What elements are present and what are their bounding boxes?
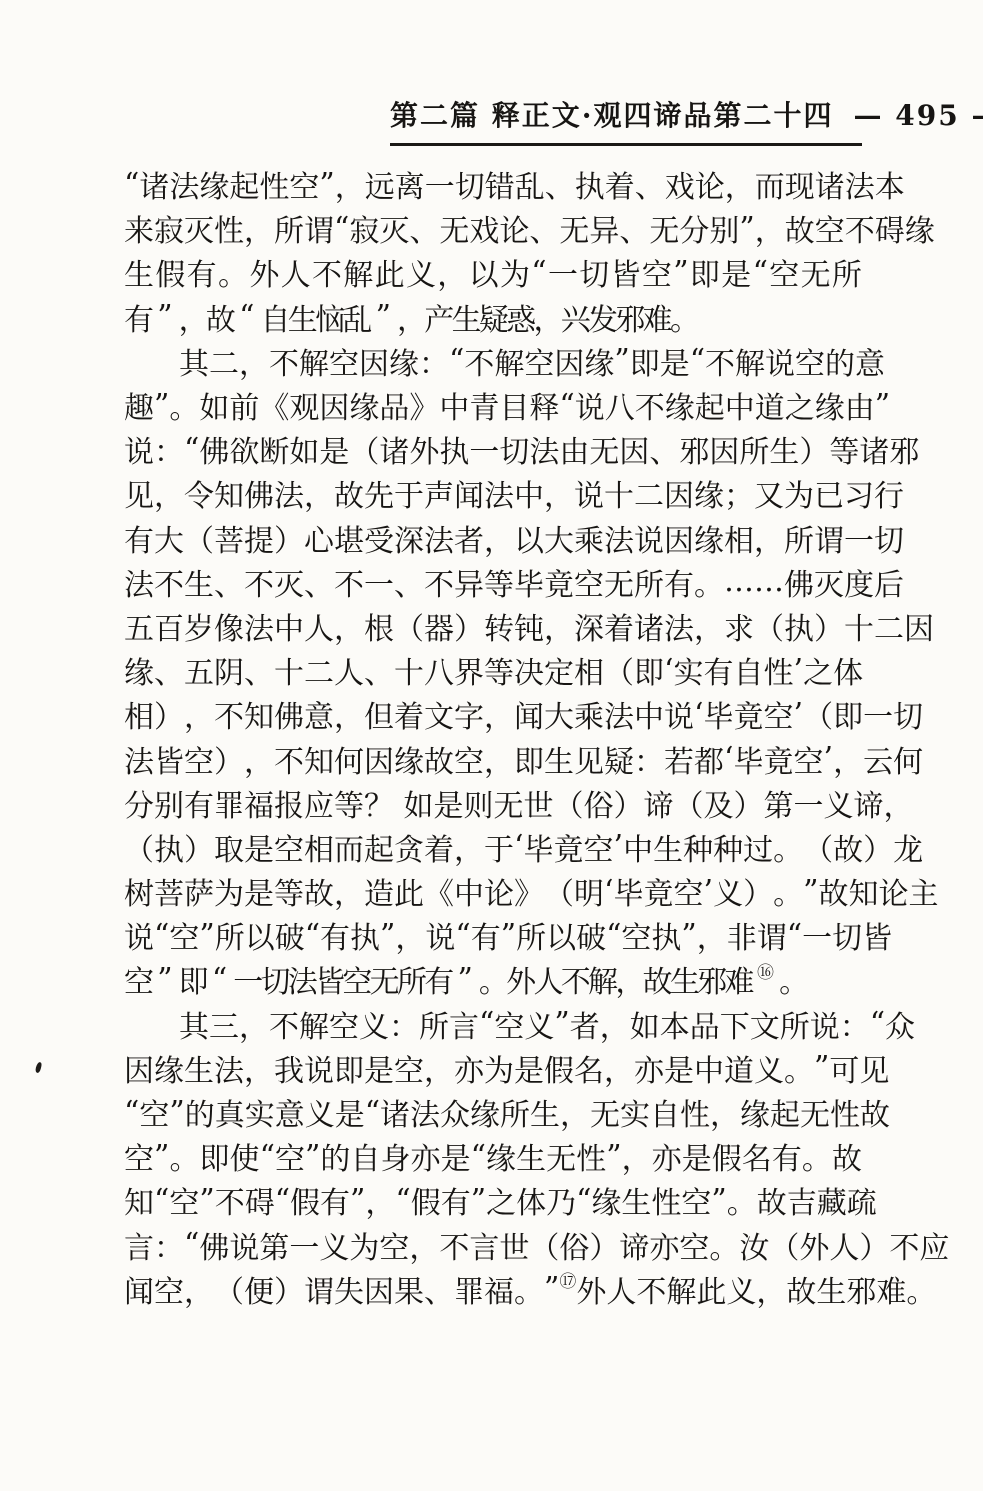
text-line: 来寂灭性，所谓“寂灭、无戏论、无异、无分别”，故空不碍缘 (124, 206, 862, 250)
page-number: — 495 — (854, 99, 983, 132)
text-line: 趣”。如前《观因缘品》中青目释“说八不缘起中道之缘由” (124, 383, 862, 427)
text-line: 说：“佛欲断如是（诸外执一切法由无因、邪因所生）等诸邪 (124, 427, 862, 471)
text-line: 言：“佛说第一义为空，不言世（俗）谛亦空。汝（外人）不应 (124, 1223, 862, 1267)
running-header: 第二篇 释正文·观四谛品第二十四— 495 — (390, 94, 862, 146)
text-line: 生假有。外人不解此义，以为“一切皆空”即是“空无所 (124, 250, 862, 294)
text-line: 五百岁像法中人，根（器）转钝，深着诸法，求（执）十二因 (124, 604, 862, 648)
text-line: 有”，故“自生恼乱”，产生疑惑，兴发邪难。 (124, 295, 862, 339)
text-line: “空”的真实意义是“诸法众缘所生，无实自性，缘起无性故 (124, 1090, 862, 1134)
text-line: 有大（菩提）心堪受深法者，以大乘法说因缘相，所谓一切 (124, 516, 862, 560)
text-line: 闻空，（便）谓失因果、罪福。”⑰外人不解此义，故生邪难。 (124, 1267, 862, 1311)
body-text: “诸法缘起性空”，远离一切错乱、执着、戏论，而现诸法本来寂灭性，所谓“寂灭、无戏… (124, 162, 862, 1311)
text-line: 树菩萨为是等故，造此《中论》（明‘毕竟空’义）。”故知论主 (124, 869, 862, 913)
scan-speck-artifact (35, 1062, 43, 1074)
scanned-book-page: 第二篇 释正文·观四谛品第二十四— 495 — “诸法缘起性空”，远离一切错乱、… (0, 0, 983, 1491)
text-line: 空”即“一切法皆空无所有”。外人不解，故生邪难⑯。 (124, 957, 862, 1001)
header-chapter-title: 第二篇 释正文·观四谛品第二十四 (390, 99, 834, 132)
text-line: 相），不知佛意，但着文字，闻大乘法中说‘毕竟空’（即一切 (124, 692, 862, 736)
text-line: （执）取是空相而起贪着，于‘毕竟空’中生种种过。（故）龙 (124, 825, 862, 869)
text-line: 知“空”不碍“假有”，“假有”之体乃“缘生性空”。故吉藏疏 (124, 1178, 862, 1222)
text-line: 缘、五阴、十二人、十八界等决定相（即‘实有自性’之体 (124, 648, 862, 692)
text-line: 其三，不解空义：所言“空义”者，如本品下文所说：“众 (124, 1002, 862, 1046)
text-line: 法皆空），不知何因缘故空，即生见疑：若都‘毕竟空’，云何 (124, 736, 862, 780)
text-line: 因缘生法，我说即是空，亦为是假名，亦是中道义。”可见 (124, 1046, 862, 1090)
text-line: 分别有罪福报应等？ 如是则无世（俗）谛（及）第一义谛， (124, 781, 862, 825)
text-line: 见，令知佛法，故先于声闻法中，说十二因缘；又为已习行 (124, 471, 862, 515)
footnote-marker: ⑯ (752, 958, 779, 983)
text-line: 说“空”所以破“有执”，说“有”所以破“空执”，非谓“一切皆 (124, 913, 862, 957)
text-line: “诸法缘起性空”，远离一切错乱、执着、戏论，而现诸法本 (124, 162, 862, 206)
text-line: 空”。即使“空”的自身亦是“缘生无性”，亦是假名有。故 (124, 1134, 862, 1178)
text-line: 其二，不解空因缘：“不解空因缘”即是“不解说空的意 (124, 339, 862, 383)
footnote-marker: ⑰ (559, 1267, 576, 1292)
text-line: 法不生、不灭、不一、不异等毕竟空无所有。……佛灭度后 (124, 560, 862, 604)
